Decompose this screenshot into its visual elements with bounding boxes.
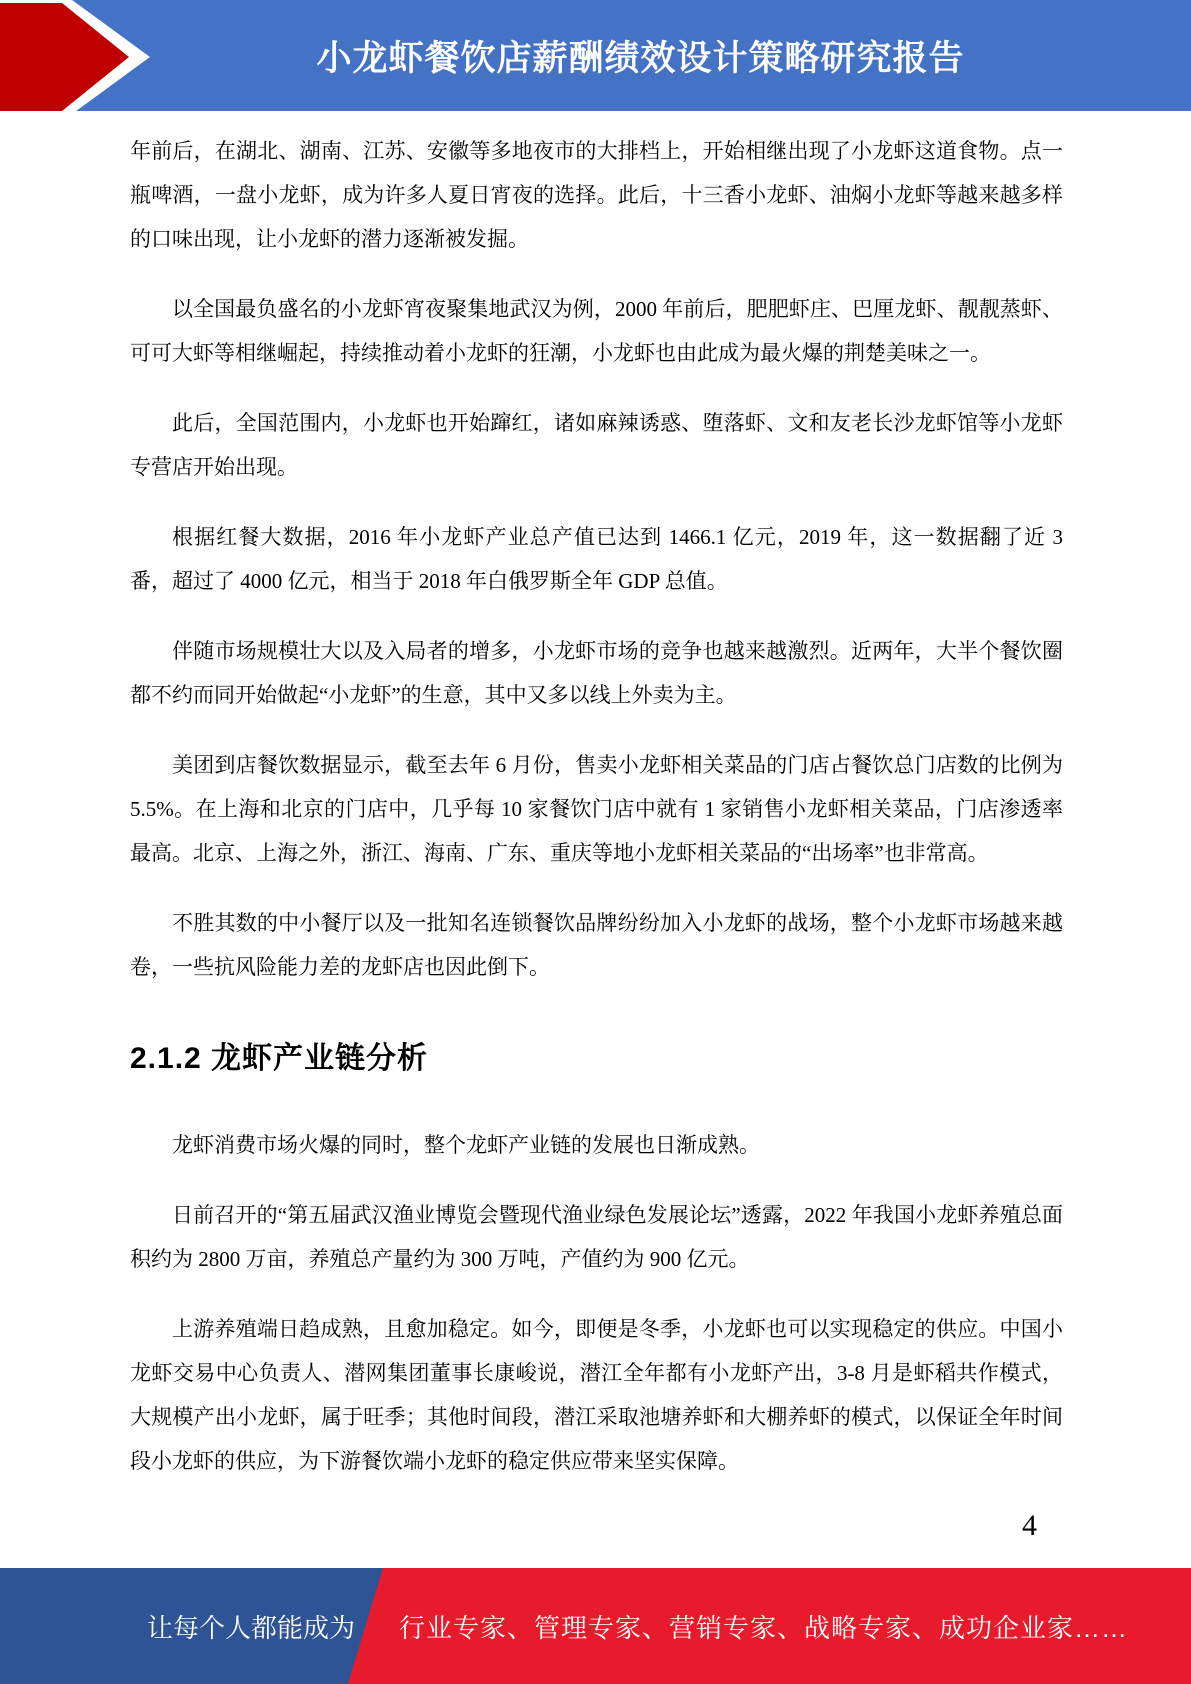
paragraph: 伴随市场规模壮大以及入局者的增多，小龙虾市场的竞争也越来越激烈。近两年，大半个餐… <box>130 629 1063 717</box>
paragraph: 不胜其数的中小餐厅以及一批知名连锁餐饮品牌纷纷加入小龙虾的战场，整个小龙虾市场越… <box>130 901 1063 989</box>
report-title: 小龙虾餐饮店薪酬绩效设计策略研究报告 <box>150 0 1131 111</box>
paragraph: 美团到店餐饮数据显示，截至去年 6 月份，售卖小龙虾相关菜品的门店占餐饮总门店数… <box>130 743 1063 875</box>
footer-slogan-left: 让每个人都能成为 <box>0 1568 355 1684</box>
page-footer: 让每个人都能成为 行业专家、管理专家、营销专家、战略专家、成功企业家…… <box>0 1568 1191 1684</box>
paragraph: 上游养殖端日趋成熟，且愈加稳定。如今，即便是冬季，小龙虾也可以实现稳定的供应。中… <box>130 1307 1063 1483</box>
page-header: 小龙虾餐饮店薪酬绩效设计策略研究报告 <box>0 0 1191 111</box>
paragraph: 日前召开的“第五届武汉渔业博览会暨现代渔业绿色发展论坛”透露，2022 年我国小… <box>130 1193 1063 1281</box>
section-heading: 2.1.2 龙虾产业链分析 <box>130 1039 1063 1079</box>
paragraph: 此后，全国范围内，小龙虾也开始蹿红，诸如麻辣诱惑、堕落虾、文和友老长沙龙虾馆等小… <box>130 401 1063 489</box>
paragraph: 龙虾消费市场火爆的同时，整个龙虾产业链的发展也日渐成熟。 <box>130 1123 1063 1167</box>
report-page: 小龙虾餐饮店薪酬绩效设计策略研究报告 年前后，在湖北、湖南、江苏、安徽等多地夜市… <box>0 0 1191 1684</box>
footer-slogan-right: 行业专家、管理专家、营销专家、战略专家、成功企业家…… <box>399 1568 1128 1684</box>
paragraph: 以全国最负盛名的小龙虾宵夜聚集地武汉为例，2000 年前后，肥肥虾庄、巴厘龙虾、… <box>130 287 1063 375</box>
paragraph: 年前后，在湖北、湖南、江苏、安徽等多地夜市的大排档上，开始相继出现了小龙虾这道食… <box>130 129 1063 261</box>
document-body: 年前后，在湖北、湖南、江苏、安徽等多地夜市的大排档上，开始相继出现了小龙虾这道食… <box>130 129 1063 1509</box>
page-number: 4 <box>1022 1508 1037 1544</box>
chevron-arrow-icon <box>0 0 170 111</box>
paragraph: 根据红餐大数据，2016 年小龙虾产业总产值已达到 1466.1 亿元，2019… <box>130 515 1063 603</box>
